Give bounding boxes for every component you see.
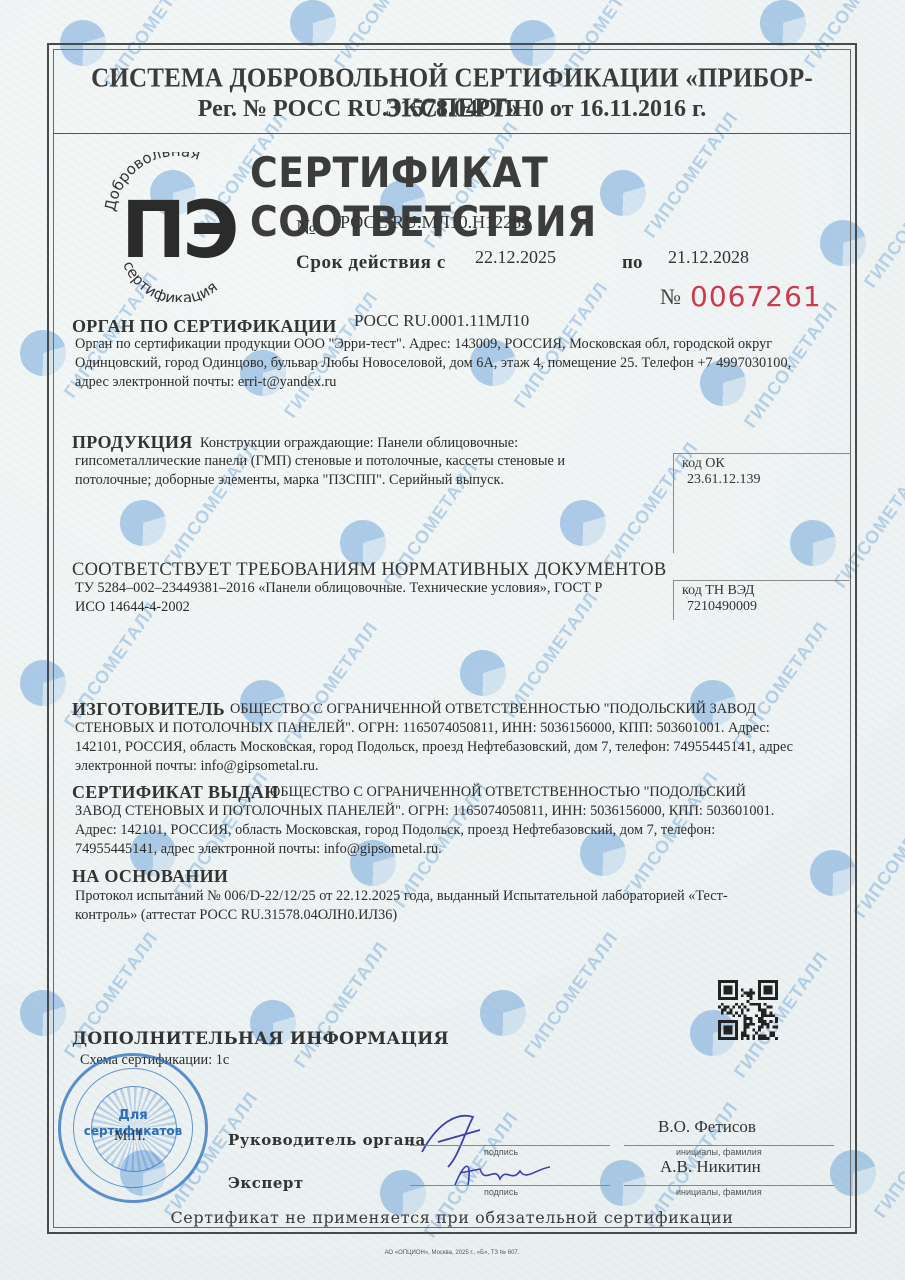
head-name-caption: инициалы, фамилия [676, 1147, 762, 1157]
printer-imprint: АО «ОПЦИОН», Москва, 2025 г., «Б», ТЗ № … [53, 1250, 851, 1256]
qr-code-icon [714, 980, 782, 1040]
seal-mark: М.П. [114, 1128, 146, 1145]
serial-number: 0067261 [690, 280, 822, 313]
tnved-code-value: 7210490009 [687, 599, 851, 615]
valid-from-date: 22.12.2025 [475, 247, 556, 268]
compliance-text: ТУ 5284–002–23449381–2016 «Панели облицо… [75, 579, 602, 617]
footer-note: Сертификат не применяется при обязательн… [53, 1208, 851, 1227]
head-name-line [624, 1145, 834, 1146]
validity-label: Срок действия с [296, 252, 446, 274]
serial-number-label: № [660, 284, 681, 310]
cert-body-heading: ОРГАН ПО СЕРТИФИКАЦИИ [72, 316, 337, 337]
stamp-text-line-1: Для [61, 1108, 205, 1123]
basis-text: Протокол испытаний № 006/D-22/12/25 от 2… [75, 887, 728, 925]
expert-name-caption: инициалы, фамилия [676, 1187, 762, 1197]
issued-to-line-1: ОБЩЕСТВО С ОГРАНИЧЕННОЙ ОТВЕТСТВЕННОСТЬЮ… [270, 783, 746, 802]
system-registration: Рег. № РОСС RU.31578.04ОЛН0 от 16.11.201… [53, 96, 851, 123]
tnved-code-box: код ТН ВЭД 7210490009 [673, 580, 851, 620]
head-signature-line [410, 1145, 610, 1146]
number-label: № [296, 215, 316, 240]
ok-code-label: код ОК [682, 456, 851, 472]
certificate-number: РОСС RU.МЛ10.Н12282 [340, 212, 530, 233]
manufacturer-text: СТЕНОВЫХ И ПОТОЛОЧНЫХ ПАНЕЛЕЙ". ОГРН: 11… [75, 719, 793, 776]
ok-code-box: код ОК 23.61.12.139 [673, 453, 851, 553]
pe-emblem-logo: Добровольная сертификация ПЭ [95, 152, 255, 302]
expert-signature-caption: подпись [484, 1187, 518, 1197]
additional-info-heading: ДОПОЛНИТЕЛЬНАЯ ИНФОРМАЦИЯ [72, 1029, 449, 1049]
expert-signature-line [410, 1185, 610, 1186]
tnved-code-label: код ТН ВЭД [682, 583, 851, 599]
valid-to-date: 21.12.2028 [668, 247, 749, 268]
basis-heading: НА ОСНОВАНИИ [72, 866, 228, 887]
manufacturer-line-1: ОБЩЕСТВО С ОГРАНИЧЕННОЙ ОТВЕТСТВЕННОСТЬЮ… [230, 700, 756, 719]
header-divider [53, 133, 851, 134]
compliance-heading: СООТВЕТСТВУЕТ ТРЕБОВАНИЯМ НОРМАТИВНЫХ ДО… [72, 560, 667, 581]
expert-name-line [624, 1185, 834, 1186]
product-heading: ПРОДУКЦИЯ [72, 432, 193, 453]
manufacturer-heading: ИЗГОТОВИТЕЛЬ [72, 699, 225, 720]
cert-body-text: Орган по сертификации продукции ООО "Эрр… [75, 335, 791, 392]
product-text: гипсометаллические панели (ГМП) стеновые… [75, 452, 565, 490]
cert-body-code: РОСС RU.0001.11МЛ10 [354, 311, 529, 331]
ok-code-value: 23.61.12.139 [687, 472, 851, 488]
valid-to-label: по [622, 252, 642, 274]
product-line-1: Конструкции ограждающие: Панели облицово… [200, 434, 518, 453]
issued-to-heading: СЕРТИФИКАТ ВЫДАН [72, 782, 279, 803]
expert-name: А.В. Никитин [660, 1157, 761, 1177]
issued-to-text: ЗАВОД СТЕНОВЫХ И ПОТОЛОЧНЫХ ПАНЕЛЕЙ". ОГ… [75, 802, 774, 859]
emblem-letters: ПЭ [121, 186, 236, 276]
certificate-title: СЕРТИФИКАТ СООТВЕТСТВИЯ [250, 148, 840, 246]
head-name: В.О. Фетисов [658, 1117, 756, 1137]
head-of-body-label: Руководитель органа [228, 1131, 426, 1149]
expert-label: Эксперт [228, 1174, 304, 1192]
